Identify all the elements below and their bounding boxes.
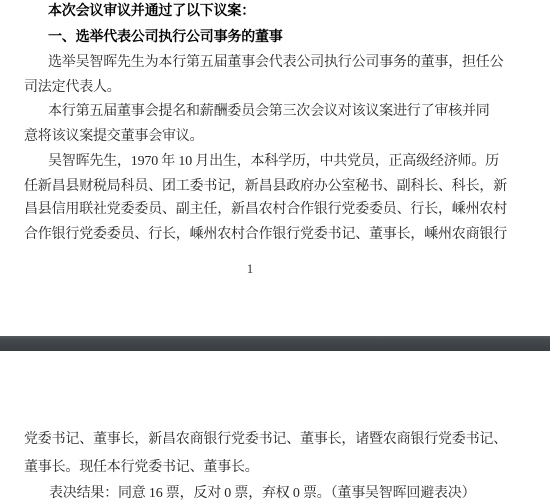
body-line: 董事长。现任本行党委书记、董事长。 [24,460,259,475]
page-separator-bar [0,336,550,351]
pdf-viewer-viewport: 本次会议审议并通过了以下议案： 一、选举代表公司执行公司事务的董事 选举吴智晖先… [0,0,550,503]
body-line: 表决结果：同意 16 票，反对 0 票，弃权 0 票。（董事吴智晖回避表决） [49,486,475,501]
heading-line: 本次会议审议并通过了以下议案： [48,4,255,19]
body-line: 选举吴智晖先生为本行第五届董事会代表公司执行公司事务的董事，担任公 [48,55,503,70]
body-line: 吴智晖先生，1970 年 10 月出生，本科学历，中共党员，正高级经济师。历 [48,154,499,169]
section-heading-line: 一、选举代表公司执行公司事务的董事 [48,30,283,45]
body-line: 合作银行党委委员、行长，嵊州农村合作银行党委书记、董事长，嵊州农商银行 [24,227,507,242]
document-page-1: 本次会议审议并通过了以下议案： 一、选举代表公司执行公司事务的董事 选举吴智晖先… [0,0,550,336]
body-line: 任新昌县财税局科员、团工委书记，新昌县政府办公室秘书、副科长、科长，新 [24,179,507,194]
body-line: 意将该议案提交董事会审议。 [24,129,203,144]
body-line: 昌县信用联社党委委员、副主任，新昌农村合作银行党委委员、行长，嵊州农村 [24,202,507,217]
document-page-2: 党委书记、董事长，新昌农商银行党委书记、董事长，诸暨农商银行党委书记、 董事长。… [0,351,550,503]
page-number: 1 [240,261,260,277]
body-line: 司法定代表人。 [24,80,121,95]
body-line: 本行第五届董事会提名和薪酬委员会第三次会议对该议案进行了审核并同 [48,104,490,119]
body-line: 党委书记、董事长，新昌农商银行党委书记、董事长，诸暨农商银行党委书记、 [24,432,507,447]
